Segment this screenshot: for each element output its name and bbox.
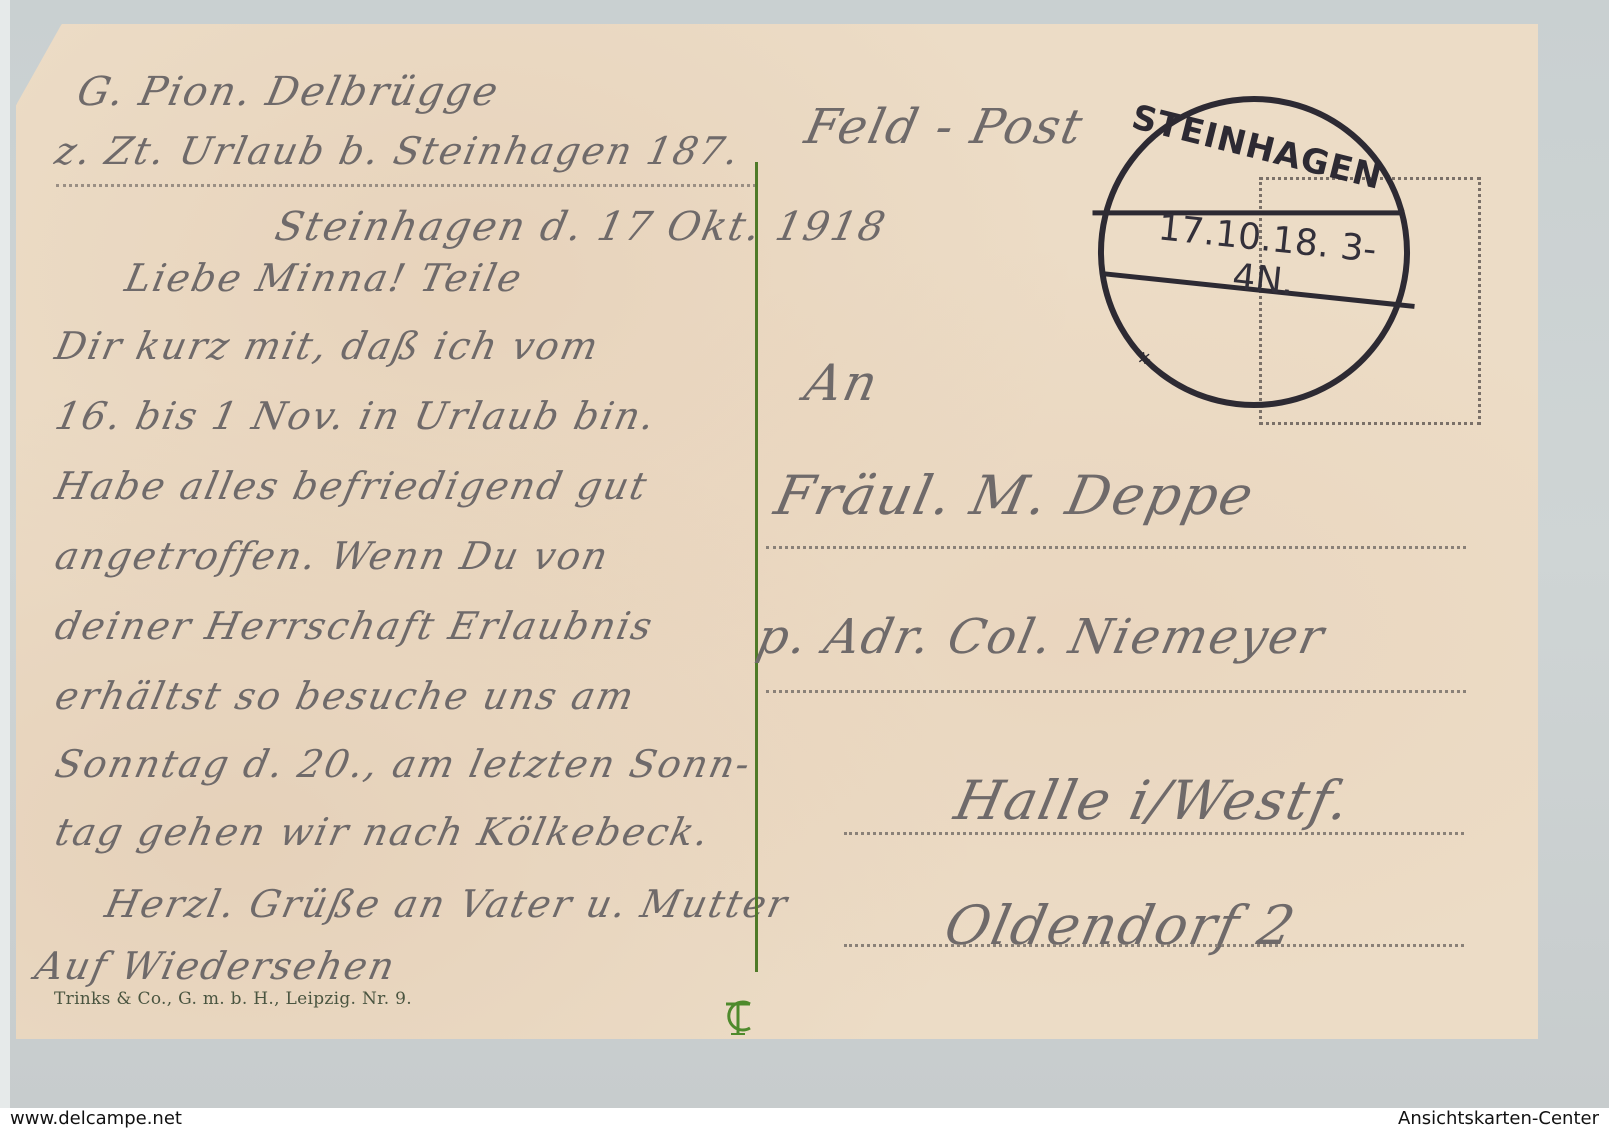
watermark-left: www.delcampe.net — [10, 1108, 182, 1129]
postmark-star-icon: * — [1136, 348, 1153, 380]
message-date-line: Steinhagen d. 17 Okt. 1918 — [271, 204, 891, 250]
center-divider — [755, 162, 758, 972]
message-line: angetroffen. Wenn Du von — [51, 534, 613, 578]
postcard-back: G. Pion. Delbrügge z. Zt. Urlaub b. Stei… — [16, 24, 1538, 1039]
sender-dotted-line — [56, 184, 756, 187]
address-dotted-line — [844, 944, 1464, 947]
message-line: 16. bis 1 Nov. in Urlaub bin. — [51, 394, 660, 438]
scan-edge — [0, 0, 10, 1108]
message-line: Liebe Minna! Teile — [121, 256, 527, 300]
postmark-date: 17.10.18. 3-4N. — [1132, 205, 1399, 314]
address-dotted-line — [766, 690, 1466, 693]
message-line: tag gehen wir nach Kölkebeck. — [51, 810, 714, 854]
sender-line-1: G. Pion. Delbrügge — [73, 69, 504, 115]
message-line: erhältst so besuche uns am — [51, 674, 639, 718]
address-line: Oldendorf 2 — [939, 894, 1302, 957]
address-dotted-line — [844, 832, 1464, 835]
message-line: Sonntag d. 20., am letzten Sonn- — [51, 742, 755, 786]
publisher-imprint: Trinks & Co., G. m. b. H., Leipzig. Nr. … — [54, 989, 412, 1009]
publisher-logo-icon — [720, 994, 756, 1034]
address-line: Fräul. M. Deppe — [769, 464, 1260, 527]
postmark-town: STEINHAGEN — [1128, 97, 1371, 194]
message-line: Dir kurz mit, daß ich vom — [51, 324, 603, 368]
message-line: Auf Wiedersehen — [31, 944, 400, 988]
address-line: p. Adr. Col. Niemeyer — [752, 609, 1330, 665]
watermark-right: Ansichtskarten-Center — [1398, 1108, 1599, 1129]
message-line: deiner Herrschaft Erlaubnis — [51, 604, 657, 648]
sender-line-2: z. Zt. Urlaub b. Steinhagen 187. — [51, 129, 744, 173]
feld-post-header: Feld - Post — [800, 99, 1089, 155]
message-line: Habe alles befriedigend gut — [51, 464, 652, 508]
address-salutation: An — [800, 354, 885, 412]
address-line: Halle i/Westf. — [949, 769, 1357, 832]
message-line: Herzl. Grüße an Vater u. Mutter — [101, 882, 792, 926]
address-dotted-line — [766, 546, 1466, 549]
